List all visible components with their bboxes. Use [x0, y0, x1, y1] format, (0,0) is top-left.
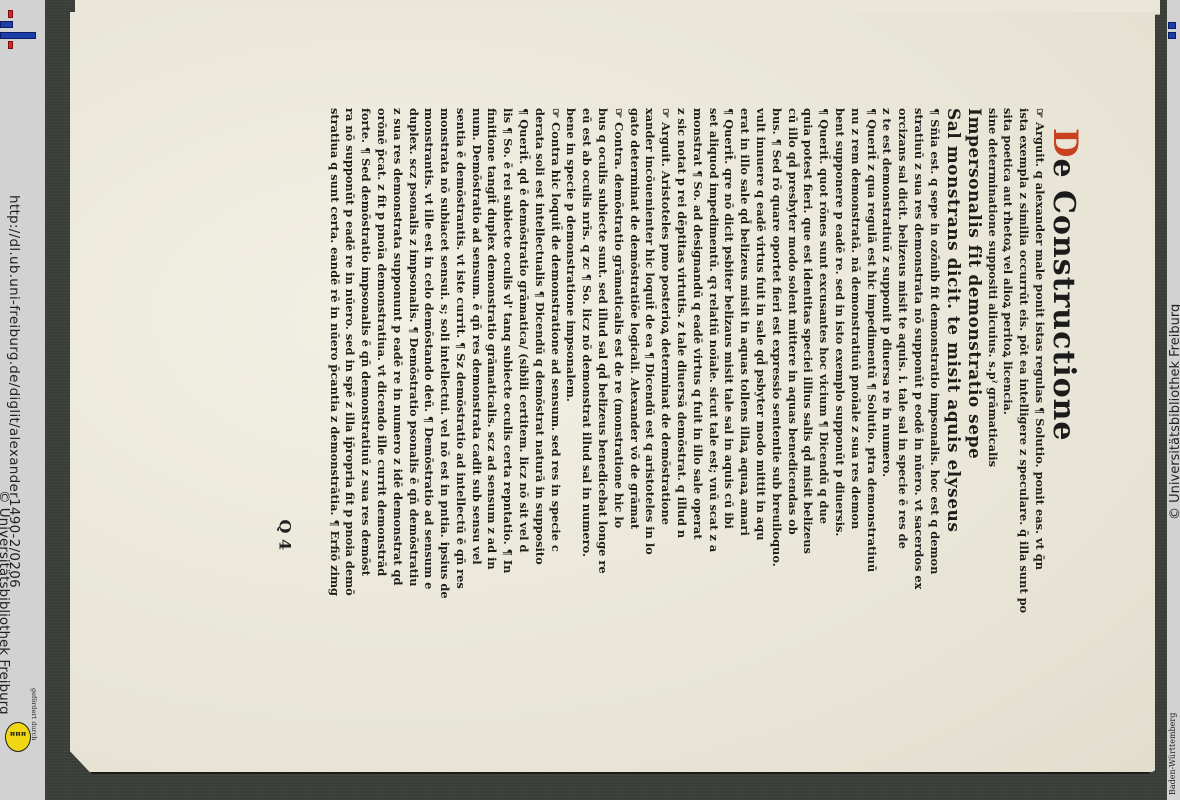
text-line: sita poetica aut rhetoꝝ vel alioꝝ perito…	[1000, 108, 1016, 628]
text-line: z te est demonstratiuū z supponit p diue…	[879, 108, 895, 628]
text-line: stratiua q sunt certa. eandē rē in nūero…	[326, 108, 342, 628]
text-line: ra nō supponūt p eadē re in nūero. sed i…	[342, 108, 358, 628]
text-line: stratiuū z sua res demonstrata nō suppon…	[910, 108, 926, 628]
text-line: cū illo qd̄ presbyter modo solent mitter…	[784, 108, 800, 628]
heading-text: e Constructione	[1046, 158, 1081, 441]
text-line: Sal monstrans dicit. te misit aquis elys…	[942, 108, 963, 628]
text-line: ☞ Arguit. q alexander male ponit istas r…	[1031, 108, 1047, 628]
text-line: z sua res demonstrata supponunt p eadē r…	[389, 108, 405, 628]
signature-mark: Q 4	[265, 530, 305, 600]
text-line: bent supponere p eadē re. sed in isto ex…	[831, 108, 847, 628]
text-line: derata soli est intellectualis ¶ Dicendū…	[531, 108, 547, 628]
text-line: orcizans sal dicit. belizeus misit te aq…	[894, 108, 910, 628]
text-line: bus. ¶ Sed rō quare oportet fieri est ex…	[768, 108, 784, 628]
text-lines: ☞ Arguit. q alexander male ponit istas r…	[326, 108, 1047, 628]
text-line: ¶ Querit̄. qd ē demōstratio grāmatica/ (…	[515, 108, 531, 628]
text-line: vult innuere q eadē virtus fuit in sale …	[752, 108, 768, 628]
text-line: monstrantis. vt ille est in celo demōsta…	[421, 108, 437, 628]
text-line: duplex. scz psonalis z impsonalis. ¶ Dem…	[405, 108, 421, 628]
text-line: monstrata nō subiacet sensui. s; soli in…	[436, 108, 452, 628]
text-line: ¶ Querit̄ z qua regulā est hic impedimen…	[863, 108, 879, 628]
text-line: sentia ē demōstrantis. vt iste currit. ¶…	[452, 108, 468, 628]
page-heading: De Constructione	[1047, 108, 1083, 628]
text-line: forte. ¶ Sed demōstratio impsonalis ē qn…	[357, 108, 373, 628]
text-line: z sic notat p rei dēptitas virtutis. z t…	[673, 108, 689, 628]
text-line: sine determinatione suppositi alicuius. …	[984, 108, 1000, 628]
funder-logo-icon: ꟸꟸꟸ	[5, 722, 31, 752]
text-line: ☞ Contra hic loquit̄ de demonstratione a…	[547, 108, 563, 628]
text-line: nu z rem demonstratā. nā demonstratiuū p…	[847, 108, 863, 628]
text-line: monstrat ¶ So. ad designandū q eadē virt…	[689, 108, 705, 628]
text-line: set aliquod impedimentū. qꝛ relatiū noīa…	[705, 108, 721, 628]
text-line: quia potest fieri. que est identitas spe…	[800, 108, 816, 628]
text-line: lis ¶ So. ē rei subiecte oculis vl' tanq…	[500, 108, 516, 628]
text-line: bene in specie p demonstratione impsonal…	[563, 108, 579, 628]
text-line: bus q oculis subiecte sunt. sed illud sa…	[594, 108, 610, 628]
page-text-block: De Constructione ☞ Arguit. q alexander m…	[283, 108, 1083, 628]
text-line: ¶ Querit̄. quot rōnes sunt excusantes ho…	[815, 108, 831, 628]
funded-by-label: gefördert durch	[30, 688, 40, 748]
heading-initial: D	[1045, 128, 1085, 158]
text-line: gato determinat de demōstratiōe logicali…	[626, 108, 642, 628]
text-line: ista exempla z similia occurrūt eis. pōt…	[1015, 108, 1031, 628]
text-line: orōnē p̄cat. z fit p pnoīa demonstratiua…	[373, 108, 389, 628]
text-line: Impersonalis fit demonstratio sepe	[963, 108, 984, 628]
page-navigation-icon-right[interactable]	[1167, 22, 1180, 42]
text-line: ☞ Contra. demōstratio grāmaticalis est d…	[610, 108, 626, 628]
text-line: erat in illo sale qd̄ belizeus misit in …	[736, 108, 752, 628]
page-navigation-icon[interactable]	[0, 8, 40, 48]
text-line: xander incōuenienter hic loquit̄ de ea ¶…	[642, 108, 658, 628]
text-line: ¶ Sn̄ia est. q sepe in ozōnib fit demons…	[926, 108, 942, 628]
text-line: eū est ab oculis nrīs. q zc ¶ So. licz n…	[578, 108, 594, 628]
text-line: ¶ Querit̄. qre nō dicit psbiter belizaus…	[721, 108, 737, 628]
funder-name-caption: Baden-Württemberg	[1168, 700, 1180, 795]
text-line: finitione tangit̄ duplex demonstratio gr…	[484, 108, 500, 628]
text-line: num. Demōstratio ad sensum. ē qn̄ res de…	[468, 108, 484, 628]
text-line: ☞ Arguit. Aristoteles pmo posterioꝝ dete…	[657, 108, 673, 628]
copyright-caption-left: © Universitätsbibliothek Freiburg	[0, 490, 10, 800]
copyright-caption-right: © Universitätsbibliothek Freiburg	[1168, 270, 1180, 520]
